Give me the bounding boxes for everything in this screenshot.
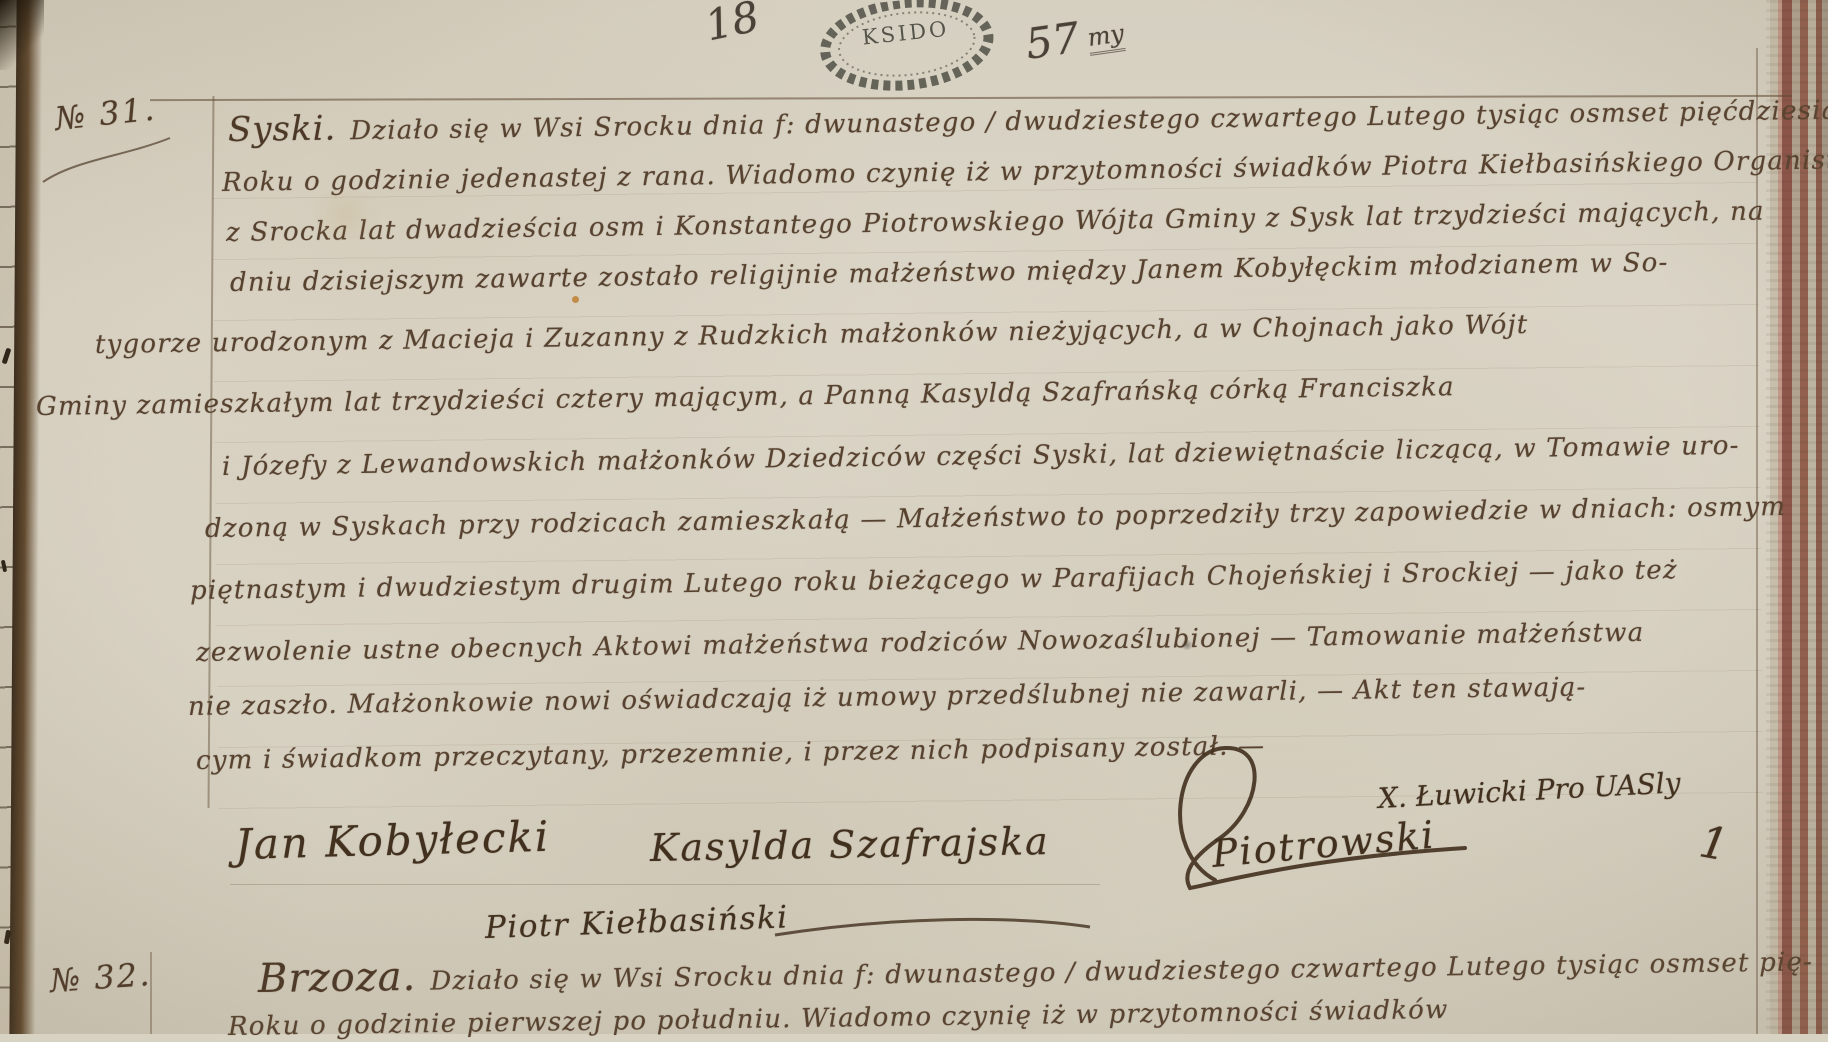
act31-line: tygorze urodzonym z Macieja i Zuzanny z … bbox=[95, 310, 1529, 360]
act31-line: zezwolenie ustne obecnych Aktowi małżeńs… bbox=[196, 618, 1645, 668]
act32-line: Roku o godzinie pierwszej po południu. W… bbox=[228, 995, 1449, 1034]
act31-line: piętnastym i dwudziestym drugim Lutego r… bbox=[190, 555, 1678, 606]
year-ordinal-suffix: my bbox=[1086, 19, 1126, 56]
act31-line: Syski.Działo się w Wsi Srocku dnia f: dw… bbox=[228, 85, 1828, 150]
paper-stain bbox=[300, 190, 390, 240]
wreath-stamp: KSIDO bbox=[808, 0, 1007, 102]
act31-line: Roku o godzinie jedenastej z rana. Wiado… bbox=[222, 145, 1828, 198]
ink-stain bbox=[572, 296, 579, 303]
act31-line: dniu dzisiejszym zawarte zostało religij… bbox=[230, 248, 1669, 298]
groom-signature: Jan Kobyłecki bbox=[234, 812, 550, 869]
signature-baseline-rule bbox=[230, 884, 1100, 885]
organist-signature: Piotr Kiełbasiński bbox=[484, 899, 789, 946]
act31-line: z Srocka lat dwadzieścia osm i Konstante… bbox=[226, 197, 1765, 248]
act31-title: Syski. bbox=[228, 108, 337, 150]
year-fragment-left: 18 bbox=[701, 0, 763, 50]
organist-signature-swash bbox=[770, 905, 1100, 945]
act31-number-flourish bbox=[35, 130, 185, 190]
act31-line: Gminy zamieszkałym lat trzydzieści czter… bbox=[36, 372, 1455, 422]
act31-line: i Józefy z Lewandowskich małżonków Dzied… bbox=[222, 431, 1740, 482]
binding-corner-shadow bbox=[0, 0, 44, 70]
officiant-paraph: 1 bbox=[1696, 816, 1732, 871]
act31-line: dzoną w Syskach przy rodzicach zamieszka… bbox=[205, 492, 1787, 544]
year-fragment-right: 57 bbox=[1023, 13, 1083, 69]
act32-number-label: № 32. bbox=[49, 955, 153, 1000]
register-page-scan: 18 KSIDO 57 my № 31. Syski.Działo się w … bbox=[0, 0, 1828, 1034]
act31-line: nie zaszło. Małżonkowie nowi oświadczają… bbox=[188, 672, 1587, 722]
ink-smudge bbox=[1180, 640, 1194, 650]
bride-signature: Kasylda Szafrajska bbox=[650, 819, 1051, 870]
act32-title: Brzoza. bbox=[258, 954, 417, 1002]
wreath-outer-ring bbox=[821, 0, 993, 93]
stamp-text: KSIDO bbox=[861, 17, 950, 50]
act31-line: cym i świadkom przeczytany, przezemnie, … bbox=[196, 731, 1266, 776]
